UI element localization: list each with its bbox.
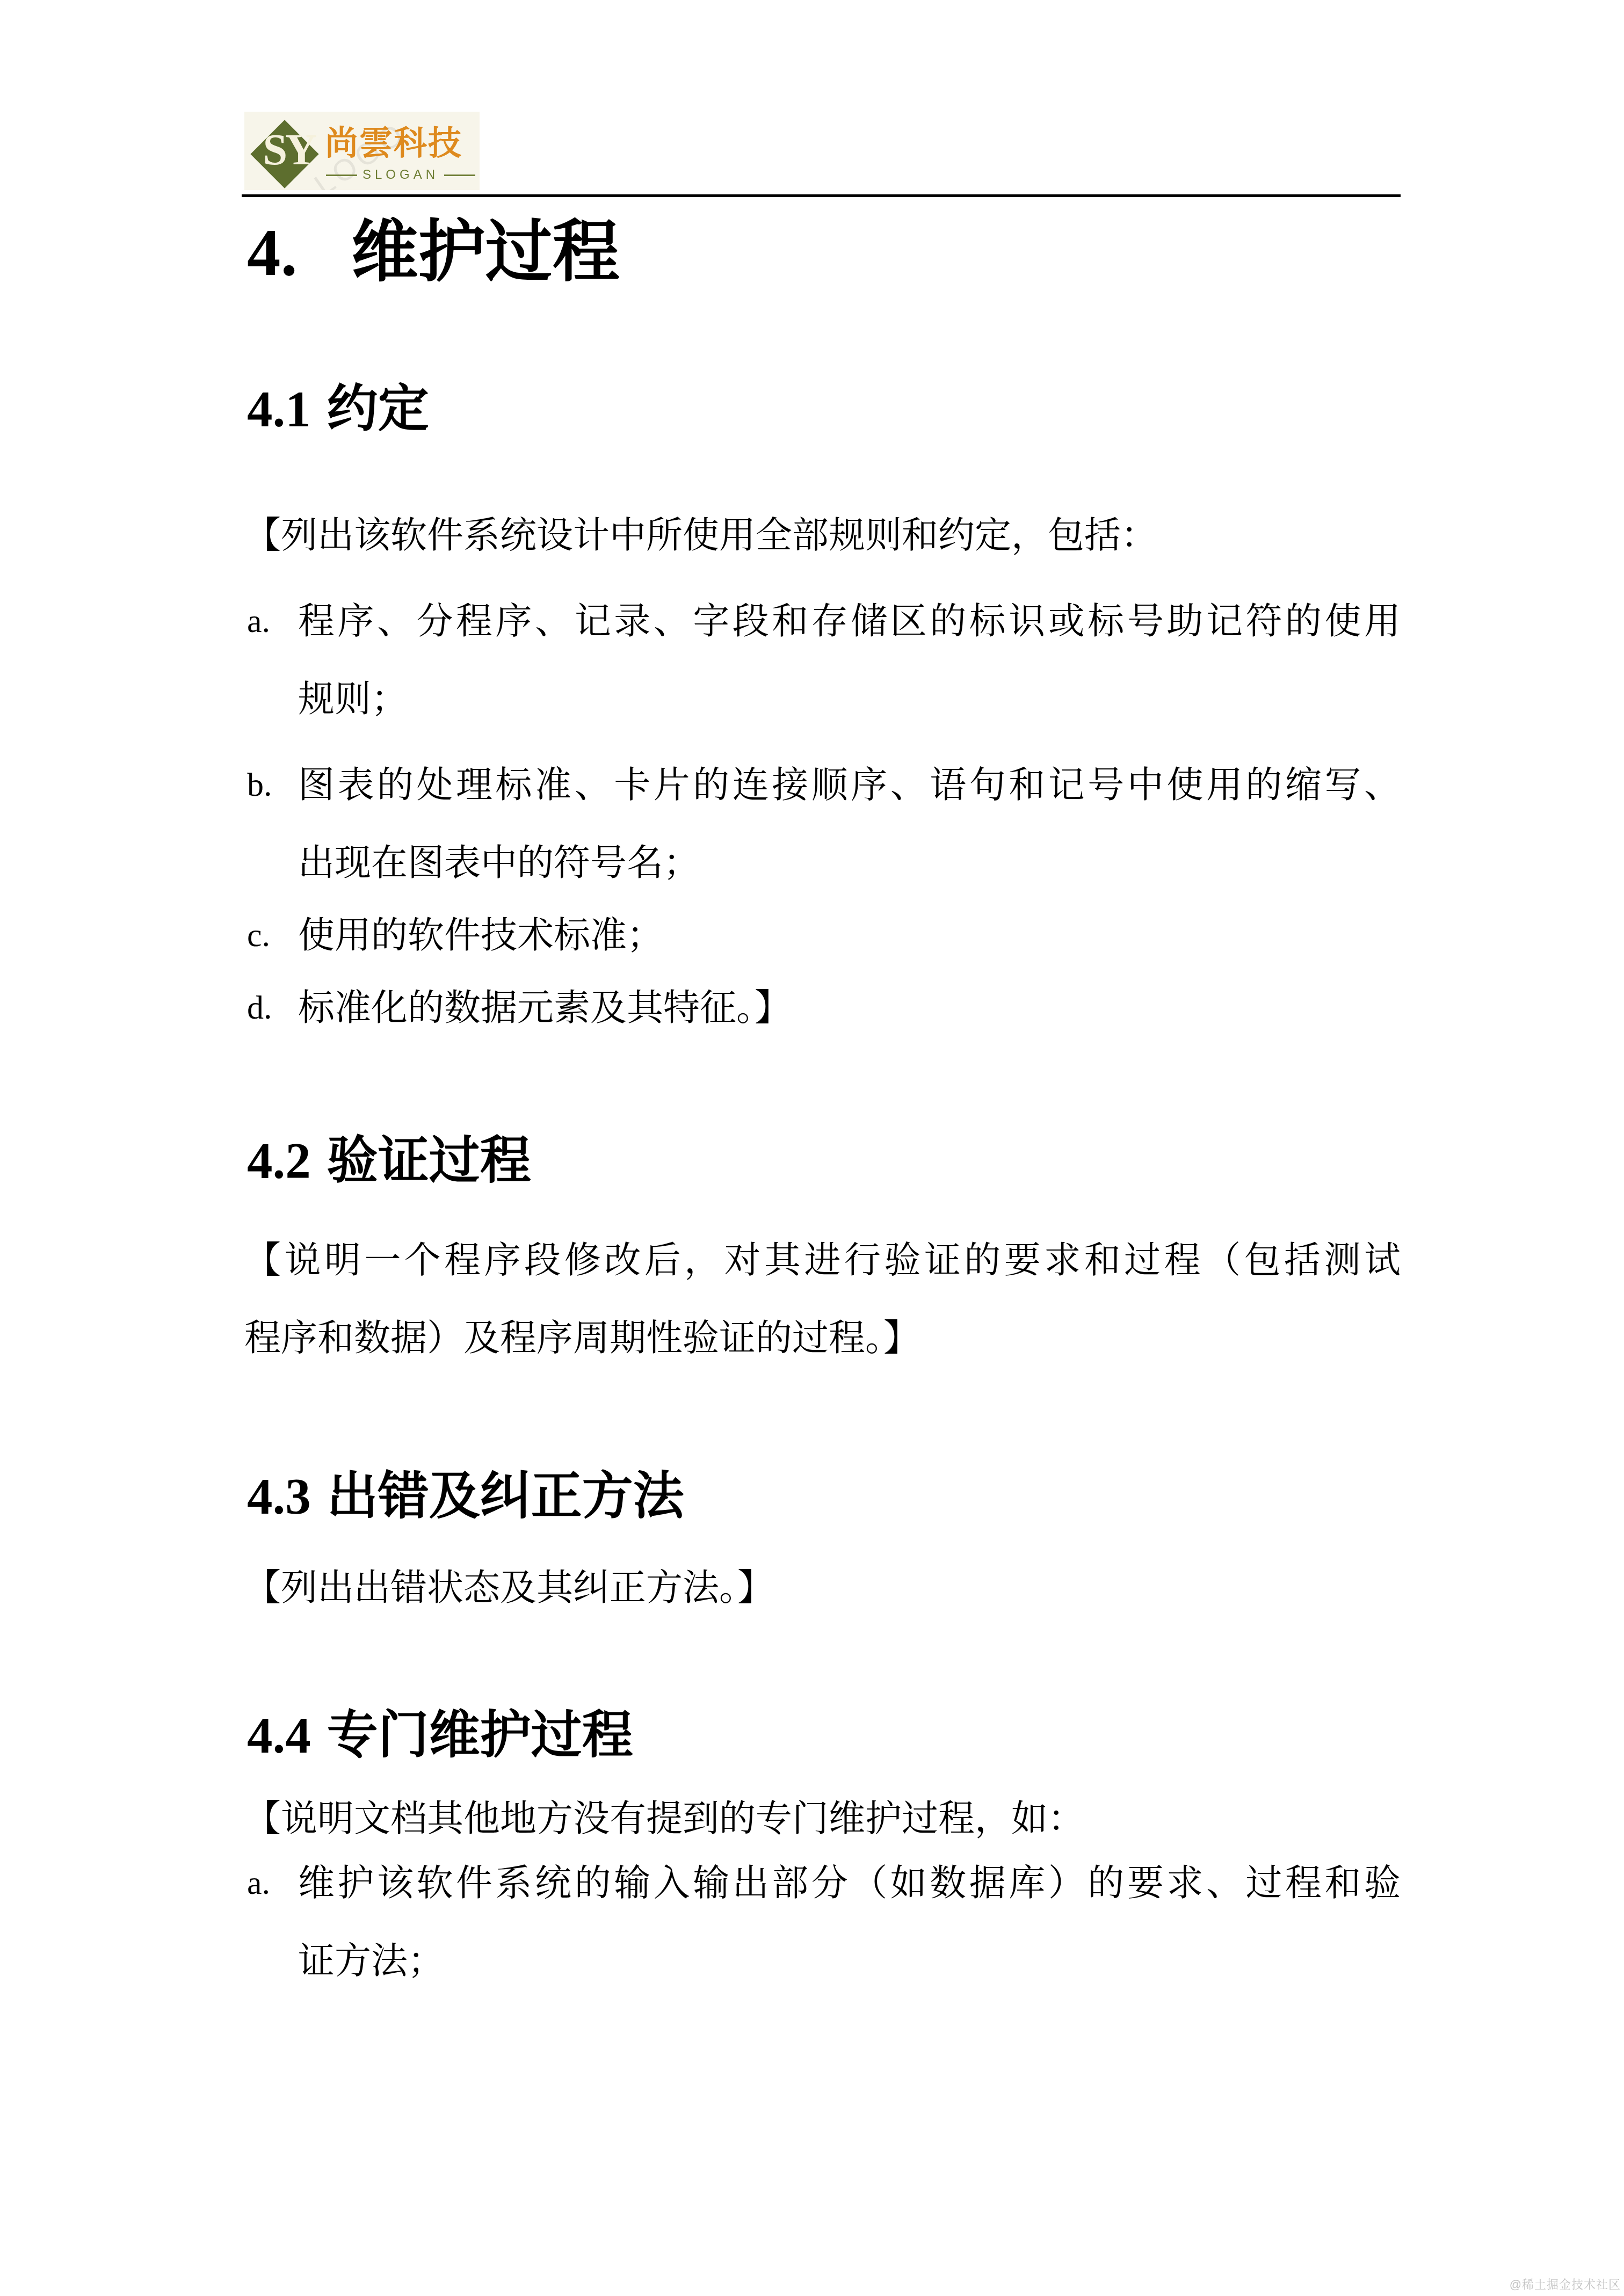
list-item-c: c. 使用的软件技术标准； bbox=[247, 897, 1401, 975]
list-marker: a. bbox=[247, 583, 270, 660]
logo-company-name: 尚雲科技 bbox=[325, 126, 462, 162]
list-item-a: a. 维护该软件系统的输入输出部分（如数据库）的要求、过程和验证方法； bbox=[247, 1844, 1401, 2000]
header-divider bbox=[242, 194, 1401, 197]
heading-text: 验证过程 bbox=[327, 1132, 531, 1189]
heading-number: 4.1 bbox=[247, 381, 311, 438]
heading-number: 4.3 bbox=[247, 1468, 311, 1525]
paragraph: 【列出该软件系统设计中所使用全部规则和约定，包括： bbox=[244, 497, 1401, 575]
document-page: LOGO SY 尚雲科技 SLOGAN 4.维护过程 4.1约定 【列出该软件系… bbox=[0, 0, 1624, 2296]
slogan-divider-right bbox=[444, 175, 475, 176]
list-marker: d. bbox=[247, 969, 272, 1047]
section-heading-4-2: 4.2验证过程 bbox=[247, 1130, 531, 1191]
list-item-text: 标准化的数据元素及其特征。】 bbox=[298, 969, 1401, 1047]
list-marker: b. bbox=[247, 746, 272, 824]
site-watermark: @稀土掘金技术社区 bbox=[1510, 2276, 1621, 2292]
document-title: 4.维护过程 bbox=[247, 215, 620, 292]
list-marker: c. bbox=[247, 897, 270, 975]
list-item-text: 维护该软件系统的输入输出部分（如数据库）的要求、过程和验证方法； bbox=[298, 1844, 1401, 2000]
text-line: 【列出该软件系统设计中所使用全部规则和约定，包括： bbox=[244, 497, 1401, 575]
heading-text: 约定 bbox=[327, 381, 429, 438]
heading-number: 4.2 bbox=[247, 1132, 311, 1189]
text-line: 图表的处理标准、卡片的连接顺序、语句和记号中使用的缩写、 bbox=[298, 746, 1401, 824]
logo-monogram: SY bbox=[255, 128, 323, 172]
company-logo: LOGO SY 尚雲科技 SLOGAN bbox=[244, 112, 480, 190]
slogan-divider-left bbox=[326, 175, 357, 176]
section-heading-4-3: 4.3出错及纠正方法 bbox=[247, 1466, 684, 1527]
text-line: 出现在图表中的符号名； bbox=[298, 824, 1401, 902]
text-line: 维护该软件系统的输入输出部分（如数据库）的要求、过程和验 bbox=[298, 1844, 1401, 1922]
heading-text: 出错及纠正方法 bbox=[327, 1468, 684, 1525]
text-line: 规则； bbox=[298, 660, 1401, 738]
list-item-a: a. 程序、分程序、记录、字段和存储区的标识或标号助记符的使用规则； bbox=[247, 583, 1401, 738]
text-line: 【列出出错状态及其纠正方法。】 bbox=[244, 1549, 1401, 1627]
paragraph: 【列出出错状态及其纠正方法。】 bbox=[244, 1549, 1401, 1627]
section-heading-4-1: 4.1约定 bbox=[247, 379, 429, 440]
title-number: 4. bbox=[247, 216, 298, 290]
logo-slogan-text: SLOGAN bbox=[363, 169, 439, 181]
title-text: 维护过程 bbox=[351, 216, 620, 290]
list-item-text: 使用的软件技术标准； bbox=[298, 897, 1401, 975]
text-line: 标准化的数据元素及其特征。】 bbox=[298, 969, 1401, 1047]
section-heading-4-4: 4.4专门维护过程 bbox=[247, 1705, 633, 1766]
heading-text: 专门维护过程 bbox=[327, 1707, 633, 1764]
list-item-text: 图表的处理标准、卡片的连接顺序、语句和记号中使用的缩写、出现在图表中的符号名； bbox=[298, 746, 1401, 902]
list-item-b: b. 图表的处理标准、卡片的连接顺序、语句和记号中使用的缩写、出现在图表中的符号… bbox=[247, 746, 1401, 902]
list-item-text: 程序、分程序、记录、字段和存储区的标识或标号助记符的使用规则； bbox=[298, 583, 1401, 738]
text-line: 使用的软件技术标准； bbox=[298, 897, 1401, 975]
text-line: 程序、分程序、记录、字段和存储区的标识或标号助记符的使用 bbox=[298, 583, 1401, 660]
list-marker: a. bbox=[247, 1844, 270, 1922]
list-item-d: d. 标准化的数据元素及其特征。】 bbox=[247, 969, 1401, 1047]
text-line: 程序和数据）及程序周期性验证的过程。】 bbox=[244, 1299, 1401, 1377]
heading-number: 4.4 bbox=[247, 1707, 311, 1764]
paragraph: 【说明一个程序段修改后，对其进行验证的要求和过程（包括测试程序和数据）及程序周期… bbox=[244, 1222, 1401, 1377]
logo-slogan-row: SLOGAN bbox=[326, 169, 476, 181]
text-line: 【说明一个程序段修改后，对其进行验证的要求和过程（包括测试 bbox=[244, 1222, 1401, 1299]
text-line: 证方法； bbox=[298, 1922, 1401, 2000]
